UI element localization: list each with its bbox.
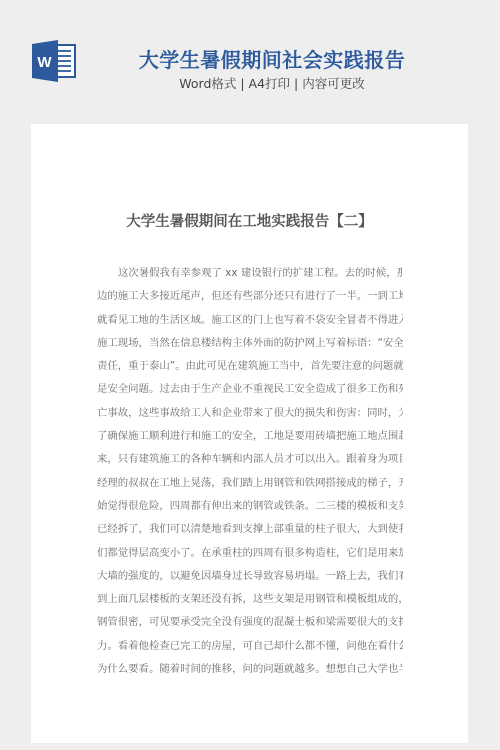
- document-body: 这次暑假我有幸参观了 xx 建设银行的扩建工程。去的时候，那 边的施工大多接近尾…: [97, 262, 403, 681]
- header-subtitle: Word格式 | A4打印 | 内容可更改: [100, 74, 444, 92]
- body-line: 就看见工地的生活区域。施工区的门上也写着不袋安全冒者不得进入: [97, 309, 403, 332]
- header: W 大学生暑假期间社会实践报告 Word格式 | A4打印 | 内容可更改: [0, 0, 500, 110]
- body-line: 施工现场，当然在信息楼结构主体外面的防护网上写着标语：“安全: [97, 332, 403, 355]
- body-line: 们都觉得层高变小了。在承重柱的四周有很多构造柱，它们是用来加: [97, 542, 403, 565]
- body-line: 是安全问题。过去由于生产企业不重视民工安全造成了很多工伤和死: [97, 378, 403, 401]
- body-line: 责任，重于泰山”。由此可见在建筑施工当中，首先要注意的问题就: [97, 355, 403, 378]
- body-line: 来，只有建筑施工的各种车辆和内部人员才可以出入。跟着身为项目: [97, 448, 403, 471]
- body-line: 经理的叔叔在工地上晃荡，我们踏上用钢管和铁网搭接成的梯子，开: [97, 472, 403, 495]
- body-line: 始觉得很危险，四周都有伸出来的钢管或铁条。二三楼的模板和支架: [97, 495, 403, 518]
- body-line: 大墙的强度的，以避免因墙身过长导致容易坍塌。一路上去，我们看: [97, 565, 403, 588]
- body-line: 了确保施工顺利进行和施工的安全，工地是要用砖墙把施工地点围起: [97, 425, 403, 448]
- header-title: 大学生暑假期间社会实践报告: [100, 44, 444, 73]
- body-line: 边的施工大多接近尾声，但还有些部分还只有进行了一半。一到工地，: [97, 285, 403, 308]
- body-line: 到上面几层楼板的支架还没有拆，这些支架是用钢管和模板组成的，: [97, 588, 403, 611]
- body-line: 这次暑假我有幸参观了 xx 建设银行的扩建工程。去的时候，那: [97, 262, 403, 285]
- svg-text:W: W: [37, 54, 52, 71]
- body-line: 亡事故，这些事故给工人和企业带来了很大的损失和伤害：同时，为: [97, 402, 403, 425]
- word-icon: W: [31, 39, 77, 83]
- document-page: 大学生暑假期间在工地实践报告【二】 这次暑假我有幸参观了 xx 建设银行的扩建工…: [31, 124, 468, 743]
- document-title: 大学生暑假期间在工地实践报告【二】: [31, 210, 468, 231]
- body-line: 已经拆了，我们可以清楚地看到支撑上部重量的柱子很大，大到使我: [97, 518, 403, 541]
- body-line: 力。看着他检查已完工的房屋，可自己却什么都不懂，问他在看什么，: [97, 635, 403, 658]
- body-line: 钢管很密，可见要承受完全没有强度的混凝土板和梁需要很大的支撑: [97, 611, 403, 634]
- body-line: 为什么要看。随着时间的推移，问的问题就越多。想想自己大学也半: [97, 658, 403, 681]
